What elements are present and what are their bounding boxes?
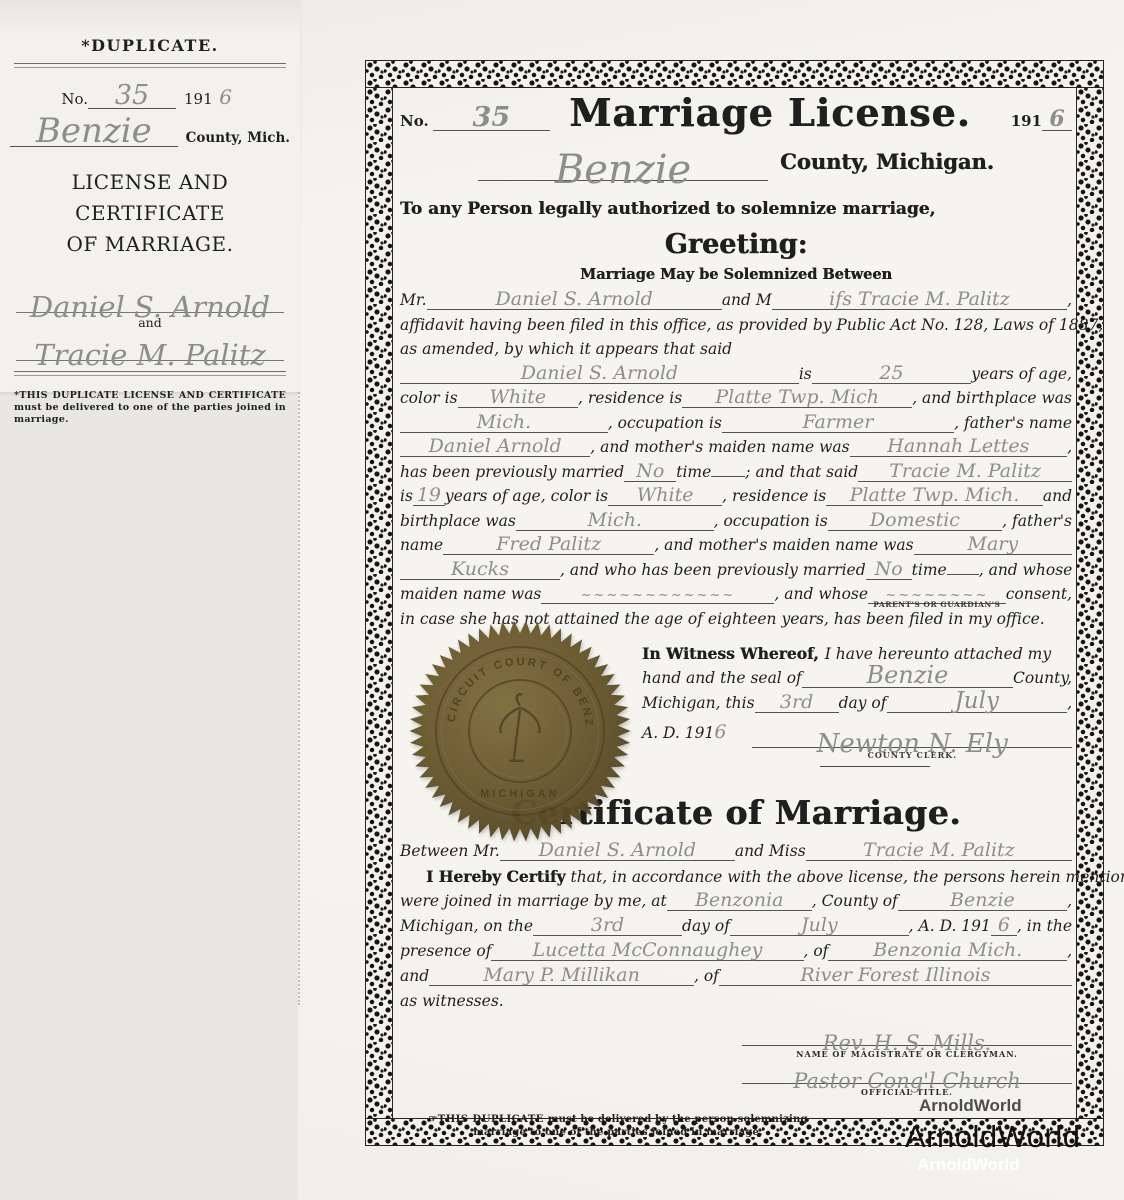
printed-text: presence of	[400, 942, 491, 960]
official-title-value: Pastor Cong'l Church	[793, 1069, 1021, 1093]
seal-day-blank: 3rd	[755, 694, 839, 713]
printed-text: ,	[1067, 694, 1072, 712]
squiggle-mark: ~~~~~~~~~~~~	[581, 588, 736, 603]
groom-name-value: Daniel S. Arnold	[495, 288, 652, 310]
seal-county-value: Benzie	[866, 661, 948, 689]
bride-prev-married-blank: No	[866, 561, 912, 580]
printed-text: day of	[682, 917, 730, 935]
watermark-text: ArnoldWorld	[917, 1155, 1020, 1175]
witness2-name-blank: Mary P. Millikan	[429, 967, 694, 986]
license-county-label: County, Michigan.	[768, 149, 994, 174]
watermark-text: ArnoldWorld	[905, 1119, 1081, 1155]
bride-residence-blank: Platte Twp. Mich.	[826, 487, 1043, 506]
printed-text: and	[400, 967, 429, 985]
body-line-1: Mr. Daniel S. Arnold and M ifs Tracie M.…	[400, 291, 1072, 316]
printed-text: , and mother's maiden name was	[590, 438, 849, 456]
printed-text: time	[912, 561, 947, 579]
printed-text: County,	[1013, 669, 1072, 687]
seal-day-value: 3rd	[780, 691, 813, 713]
vine-border-top	[366, 61, 1103, 88]
stub-heading: LICENSE AND CERTIFICATE OF MARRIAGE.	[0, 167, 300, 260]
groom-occupation-value: Farmer	[803, 411, 874, 433]
license-title: Marriage License.	[550, 90, 990, 135]
short-rule	[820, 766, 930, 767]
groom-birthplace-blank: Mich.	[400, 414, 608, 433]
groom-name-blank: Daniel S. Arnold	[427, 291, 722, 310]
bride-birthplace-value: Mich.	[588, 509, 642, 531]
printed-text: , and birthplace was	[912, 389, 1072, 407]
witness1-name-blank: Lucetta McConnaughey	[491, 942, 803, 961]
county-clerk-caption: COUNTY CLERK.	[752, 750, 1072, 760]
printed-text: maiden name was	[400, 585, 541, 603]
vine-border-left	[366, 88, 393, 1118]
license-county-line: Benzie County, Michigan.	[400, 149, 1072, 181]
seal-bottom-text: MICHIGAN	[480, 788, 559, 800]
stub-year-digit: 6	[219, 85, 232, 109]
printed-text: , and who has been previously married	[560, 561, 866, 579]
printed-text: is	[799, 365, 812, 383]
printed-text: , in the	[1017, 917, 1072, 935]
stub-no-value: 35	[115, 80, 149, 111]
cert-line-7: as witnesses.	[400, 992, 1072, 1017]
groom-residence-value: Platte Twp. Mich	[715, 386, 879, 408]
body-line-12: Kucks , and who has been previously marr…	[400, 561, 1072, 586]
witness-line-3: Michigan, this 3rd day of July ,	[642, 694, 1072, 719]
groom-color-value: White	[489, 386, 546, 408]
stub-number-line: No. 35 191 6	[0, 90, 300, 109]
stub-heading-line2: OF MARRIAGE.	[0, 229, 300, 260]
marriage-county-value: Benzie	[950, 889, 1015, 911]
printed-text: name	[400, 536, 443, 554]
license-year-group: 191 6	[990, 112, 1072, 131]
groom-age-value: 25	[879, 362, 903, 384]
cert-line-3: were joined in marriage by me, at Benzon…	[400, 892, 1072, 917]
marriage-place-blank: Benzonia	[667, 892, 812, 911]
printed-text: , father's name	[954, 414, 1072, 432]
bride-name-value: ifs Tracie M. Palitz	[829, 288, 1010, 310]
stub-bride-name: Tracie M. Palitz	[34, 338, 266, 372]
bride-prev-married-value: No	[875, 558, 903, 580]
printed-text: ,	[1067, 438, 1072, 456]
printed-text: and M	[722, 291, 772, 309]
witness2-name-value: Mary P. Millikan	[483, 964, 640, 986]
witness-line-1: In Witness Whereof, I have hereunto atta…	[642, 644, 1072, 669]
printed-text: , father's	[1002, 512, 1072, 530]
license-county-value: Benzie	[555, 147, 691, 193]
printed-text: day of	[839, 694, 887, 712]
body-line-2: affidavit having been filed in this offi…	[400, 316, 1072, 341]
printed-text: as witnesses.	[400, 992, 504, 1010]
printed-text: ,	[1067, 291, 1072, 309]
seal-sawtooth-edge	[409, 621, 630, 842]
bride-mother2-blank: Kucks	[400, 561, 560, 580]
marriage-month-value: July	[801, 914, 838, 936]
duplicate-stub: *DUPLICATE. No. 35 191 6 Benzie County, …	[0, 0, 300, 392]
printed-text: , residence is	[722, 487, 826, 505]
witness2-residence-blank: River Forest Illinois	[719, 967, 1072, 986]
bride-birthplace-blank: Mich.	[516, 512, 714, 531]
bride-color-value: White	[637, 484, 694, 506]
printed-text: , County of	[812, 892, 898, 910]
printed-text: were joined in marriage by me, at	[400, 892, 667, 910]
cert-bride-value: Tracie M. Palitz	[863, 839, 1015, 861]
groom-color-blank: White	[458, 389, 578, 408]
printed-text: , residence is	[578, 389, 682, 407]
groom-mother-value: Hannah Lettes	[887, 435, 1029, 457]
stub-groom-name: Daniel S. Arnold	[30, 290, 270, 324]
bride-mother2-value: Kucks	[451, 558, 509, 580]
groom-name2-value: Daniel S. Arnold	[521, 362, 678, 384]
printed-text: , of	[694, 967, 719, 985]
license-year-printed: 191	[1011, 112, 1042, 130]
parents-guardians-caption: PARENT'S OR GUARDIAN'S	[868, 600, 1006, 609]
marriage-year-blank: 6	[991, 917, 1017, 936]
printed-text: time	[676, 463, 711, 481]
stub-year-printed: 191	[176, 90, 213, 108]
printed-text: and	[1043, 487, 1072, 505]
stub-bride-line: Tracie M. Palitz	[16, 334, 284, 361]
address-line: To any Person legally authorized to sole…	[400, 199, 1072, 219]
stub-groom-line: Daniel S. Arnold	[16, 286, 284, 313]
bride-occupation-value: Domestic	[870, 509, 960, 531]
stub-no-label: No.	[61, 90, 88, 108]
clergyman-signature-block: Rev. H. S. Mills. NAME OF MAGISTRATE OR …	[742, 1023, 1072, 1097]
consent-blank: ~~~~~~~~PARENT'S OR GUARDIAN'S	[868, 585, 1006, 604]
marriage-place-value: Benzonia	[695, 889, 784, 911]
printed-text: ,	[1067, 892, 1072, 910]
printed-text: , A. D. 191	[909, 917, 991, 935]
printed-text: years of age, color is	[445, 487, 608, 505]
maiden-name-blank: ~~~~~~~~~~~~	[541, 585, 774, 604]
body-line-3: as amended, by which it appears that sai…	[400, 340, 1072, 365]
stub-divider-rule	[14, 63, 286, 68]
license-no-blank: 35	[433, 112, 550, 131]
stub-title: *DUPLICATE.	[0, 36, 300, 55]
stub-year-blank: 6	[213, 90, 239, 108]
printed-text: Michigan, on the	[400, 917, 533, 935]
cert-line-6: and Mary P. Millikan , of River Forest I…	[400, 967, 1072, 992]
groom-mother-blank: Hannah Lettes	[850, 438, 1067, 457]
bride-age-value: 19	[417, 484, 441, 506]
printed-text: birthplace was	[400, 512, 516, 530]
empty-blank	[947, 574, 979, 575]
printed-text: Mr.	[400, 291, 427, 309]
seal-county-blank: Benzie	[802, 669, 1013, 688]
stub-county-blank: Benzie	[10, 127, 178, 147]
bride-name-blank: ifs Tracie M. Palitz	[772, 291, 1067, 310]
bride-residence-value: Platte Twp. Mich.	[850, 484, 1020, 506]
stub-fine-print: *THIS DUPLICATE LICENSE AND CERTIFICATE …	[14, 390, 286, 426]
groom-name2-blank: Daniel S. Arnold	[400, 365, 799, 384]
printed-text: that, in accordance with the above licen…	[566, 868, 1124, 886]
printed-text: , and whose	[979, 561, 1073, 579]
groom-father-value: Daniel Arnold	[429, 435, 562, 457]
clergyman-signature-line: Rev. H. S. Mills.	[742, 1023, 1072, 1046]
printed-text: , and mother's maiden name was	[654, 536, 913, 554]
printed-text: years of age,	[971, 365, 1072, 383]
groom-prev-married-blank: No	[624, 463, 676, 482]
printed-text: , occupation is	[608, 414, 722, 432]
license-no-label: No.	[400, 112, 429, 130]
body-line-13: maiden name was ~~~~~~~~~~~~ , and whose…	[400, 585, 1072, 610]
printed-text: , occupation is	[714, 512, 828, 530]
witness1-name-value: Lucetta McConnaughey	[533, 939, 763, 961]
license-no-value: 35	[473, 102, 511, 133]
witness-block: In Witness Whereof, I have hereunto atta…	[642, 644, 1072, 767]
stub-heading-line1: LICENSE AND CERTIFICATE	[0, 167, 300, 229]
bride-color-blank: White	[608, 487, 722, 506]
bride-occupation-blank: Domestic	[828, 512, 1002, 531]
perforation-dotted-line	[298, 385, 300, 1005]
stub-county-label: County, Mich.	[178, 130, 290, 146]
marriage-county-blank: Benzie	[898, 892, 1067, 911]
seal-month-value: July	[955, 688, 999, 714]
groom-residence-blank: Platte Twp. Mich	[682, 389, 912, 408]
groom-occupation-blank: Farmer	[722, 414, 954, 433]
printed-text: ; and that said	[745, 463, 858, 481]
printed-text: , of	[804, 942, 829, 960]
witness1-residence-blank: Benzonia Mich.	[828, 942, 1067, 961]
license-county-blank: Benzie	[478, 154, 768, 181]
county-seal-icon: CIRCUIT COURT OF BENZIE COUNTY MICHIGAN	[403, 614, 637, 848]
license-year-blank: 6	[1042, 112, 1072, 131]
groom-age-blank: 25	[812, 365, 972, 384]
marriage-year-digit: 6	[998, 914, 1010, 936]
bride-mother-value: Mary	[967, 533, 1018, 555]
license-header: No. 35 Marriage License. 191 6	[400, 90, 1072, 135]
printed-text: ,	[1067, 942, 1072, 960]
empty-blank	[711, 476, 745, 477]
groom-birthplace-value: Mich.	[477, 411, 531, 433]
printed-text: Michigan, this	[642, 694, 755, 712]
printed-text: and Miss	[735, 842, 806, 860]
witness2-residence-value: River Forest Illinois	[800, 964, 990, 986]
in-witness-whereof-lead: In Witness Whereof,	[642, 644, 819, 663]
seal-month-blank: July	[887, 694, 1068, 713]
bride-name2-value: Tracie M. Palitz	[889, 460, 1041, 482]
printed-text: is	[400, 487, 413, 505]
printed-text: , and whose	[774, 585, 868, 603]
printed-text: color is	[400, 389, 458, 407]
stub-county-value: Benzie	[36, 111, 152, 151]
cert-bride-blank: Tracie M. Palitz	[806, 842, 1072, 861]
printed-text: as amended, by which it appears that sai…	[400, 340, 732, 358]
groom-father-blank: Daniel Arnold	[400, 438, 590, 457]
printed-text: consent,	[1006, 585, 1072, 603]
greeting-heading: Greeting:	[400, 229, 1072, 260]
marriage-day-value: 3rd	[591, 914, 624, 936]
vine-border-right	[1076, 88, 1103, 1118]
bride-name2-blank: Tracie M. Palitz	[858, 463, 1072, 482]
clerk-signature-line: Newton N. Ely COUNTY CLERK.	[752, 723, 1072, 748]
printed-text: has been previously married	[400, 463, 624, 481]
marriage-month-blank: July	[730, 917, 909, 936]
printed-text: hand and the seal of	[642, 669, 802, 687]
bride-father-value: Fred Palitz	[496, 533, 601, 555]
witness-line-2: hand and the seal of Benzie County,	[642, 669, 1072, 694]
license-year-digit: 6	[1049, 106, 1064, 132]
witness-line-4: A. D. 191 6 Newton N. Ely COUNTY CLERK.	[642, 723, 1072, 748]
watermark-text: ArnoldWorld	[919, 1096, 1022, 1116]
witness1-residence-value: Benzonia Mich.	[873, 939, 1022, 961]
bottom-fine-print: ☞THIS DUPLICATE must be delivered by the…	[428, 1113, 808, 1139]
bride-age-blank: 19	[413, 487, 445, 506]
bride-mother-blank: Mary	[914, 536, 1072, 555]
groom-prev-married-value: No	[636, 460, 664, 482]
i-hereby-certify-lead: I Hereby Certify	[400, 867, 566, 886]
marriage-day-blank: 3rd	[533, 917, 682, 936]
clergyman-signature: Rev. H. S. Mills.	[823, 1031, 992, 1055]
body-line-9: is 19 years of age, color is White , res…	[400, 487, 1072, 512]
solemnized-heading: Marriage May be Solemnized Between	[400, 266, 1072, 283]
scanned-marriage-license-page: *DUPLICATE. No. 35 191 6 Benzie County, …	[0, 0, 1124, 1200]
official-title-line: Pastor Cong'l Church	[742, 1061, 1072, 1084]
fine-print-lead: ☞THIS DUPLICATE	[428, 1114, 548, 1125]
license-number-group: No. 35	[400, 112, 550, 131]
stub-county-line: Benzie County, Mich.	[10, 127, 290, 147]
stub-no-blank: 35	[88, 90, 176, 109]
printed-text: affidavit having been filed in this offi…	[400, 316, 1103, 334]
bride-father-blank: Fred Palitz	[443, 536, 654, 555]
license-body: Mr. Daniel S. Arnold and M ifs Tracie M.…	[400, 291, 1072, 634]
printed-text: A. D. 191	[642, 724, 714, 742]
